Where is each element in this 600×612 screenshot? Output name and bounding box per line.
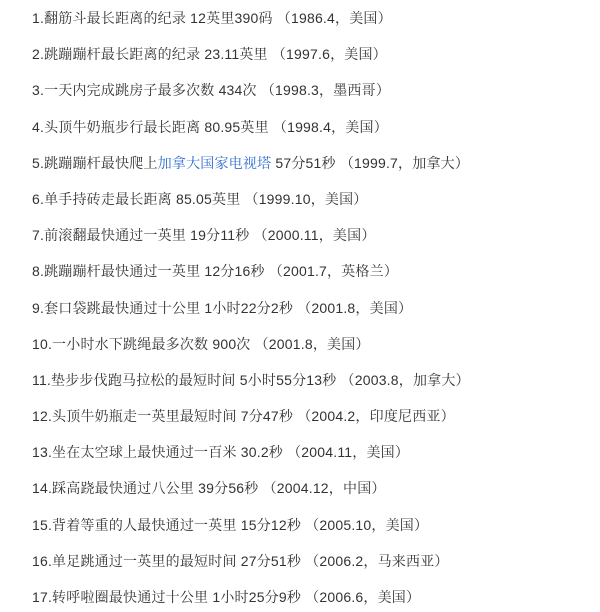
record-text: 10.一小时水下跳绳最多次数 900次 （2001.8，美国）: [32, 336, 370, 352]
record-line: 12.头顶牛奶瓶走一英里最短时间 7分47秒 （2004.2，印度尼西亚）: [32, 405, 592, 427]
records-list: 1.翻筋斗最长距离的纪录 12英里390码 （1986.4，美国） 2.跳蹦蹦杆…: [0, 0, 600, 608]
record-text: 15.背着等重的人最快通过一英里 15分12秒 （2005.10，美国）: [32, 517, 428, 533]
record-line: 3.一天内完成跳房子最多次数 434次 （1998.3，墨西哥）: [32, 79, 592, 101]
record-line: 6.单手持砖走最长距离 85.05英里 （1999.10，美国）: [32, 188, 592, 210]
record-text: 3.一天内完成跳房子最多次数 434次 （1998.3，墨西哥）: [32, 82, 390, 98]
record-text: 11.垫步步伐跑马拉松的最短时间 5小时55分13秒 （2003.8，加拿大）: [32, 372, 470, 388]
record-text: 17.转呼啦圈最快通过十公里 1小时25分9秒 （2006.6，美国）: [32, 589, 420, 605]
record-text: 16.单足跳通过一英里的最短时间 27分51秒 （2006.2，马来西亚）: [32, 553, 449, 569]
record-text: 57分51秒 （1999.7，加拿大）: [271, 155, 469, 171]
record-text: 6.单手持砖走最长距离 85.05英里 （1999.10，美国）: [32, 191, 368, 207]
record-line: 13.坐在太空球上最快通过一百米 30.2秒 （2004.11，美国）: [32, 441, 592, 463]
record-line: 15.背着等重的人最快通过一英里 15分12秒 （2005.10，美国）: [32, 514, 592, 536]
record-text: 1.翻筋斗最长距离的纪录 12英里390码 （1986.4，美国）: [32, 10, 392, 26]
record-text: 4.头顶牛奶瓶步行最长距离 80.95英里 （1998.4，美国）: [32, 119, 388, 135]
record-line: 2.跳蹦蹦杆最长距离的纪录 23.11英里 （1997.6，美国）: [32, 43, 592, 65]
record-line: 4.头顶牛奶瓶步行最长距离 80.95英里 （1998.4，美国）: [32, 116, 592, 138]
record-text: 14.踩高跷最快通过八公里 39分56秒 （2004.12，中国）: [32, 480, 386, 496]
record-line: 9.套口袋跳最快通过十公里 1小时22分2秒 （2001.8，美国）: [32, 297, 592, 319]
record-line: 1.翻筋斗最长距离的纪录 12英里390码 （1986.4，美国）: [32, 7, 592, 29]
record-link-cn-tower[interactable]: 加拿大国家电视塔: [158, 155, 272, 171]
record-text: 2.跳蹦蹦杆最长距离的纪录 23.11英里 （1997.6，美国）: [32, 46, 387, 62]
record-line: 14.踩高跷最快通过八公里 39分56秒 （2004.12，中国）: [32, 477, 592, 499]
record-line: 5.跳蹦蹦杆最快爬上加拿大国家电视塔 57分51秒 （1999.7，加拿大）: [32, 152, 592, 174]
record-line: 10.一小时水下跳绳最多次数 900次 （2001.8，美国）: [32, 333, 592, 355]
record-line: 7.前滚翻最快通过一英里 19分11秒 （2000.11，美国）: [32, 224, 592, 246]
record-text: 9.套口袋跳最快通过十公里 1小时22分2秒 （2001.8，美国）: [32, 300, 412, 316]
record-text: 12.头顶牛奶瓶走一英里最短时间 7分47秒 （2004.2，印度尼西亚）: [32, 408, 455, 424]
record-line: 11.垫步步伐跑马拉松的最短时间 5小时55分13秒 （2003.8，加拿大）: [32, 369, 592, 391]
record-line: 17.转呼啦圈最快通过十公里 1小时25分9秒 （2006.6，美国）: [32, 586, 592, 608]
record-line: 8.跳蹦蹦杆最快通过一英里 12分16秒 （2001.7，英格兰）: [32, 260, 592, 282]
record-line: 16.单足跳通过一英里的最短时间 27分51秒 （2006.2，马来西亚）: [32, 550, 592, 572]
record-text: 8.跳蹦蹦杆最快通过一英里 12分16秒 （2001.7，英格兰）: [32, 263, 398, 279]
record-text: 7.前滚翻最快通过一英里 19分11秒 （2000.11，美国）: [32, 227, 376, 243]
record-text: 5.跳蹦蹦杆最快爬上: [32, 155, 158, 171]
record-text: 13.坐在太空球上最快通过一百米 30.2秒 （2004.11，美国）: [32, 444, 409, 460]
